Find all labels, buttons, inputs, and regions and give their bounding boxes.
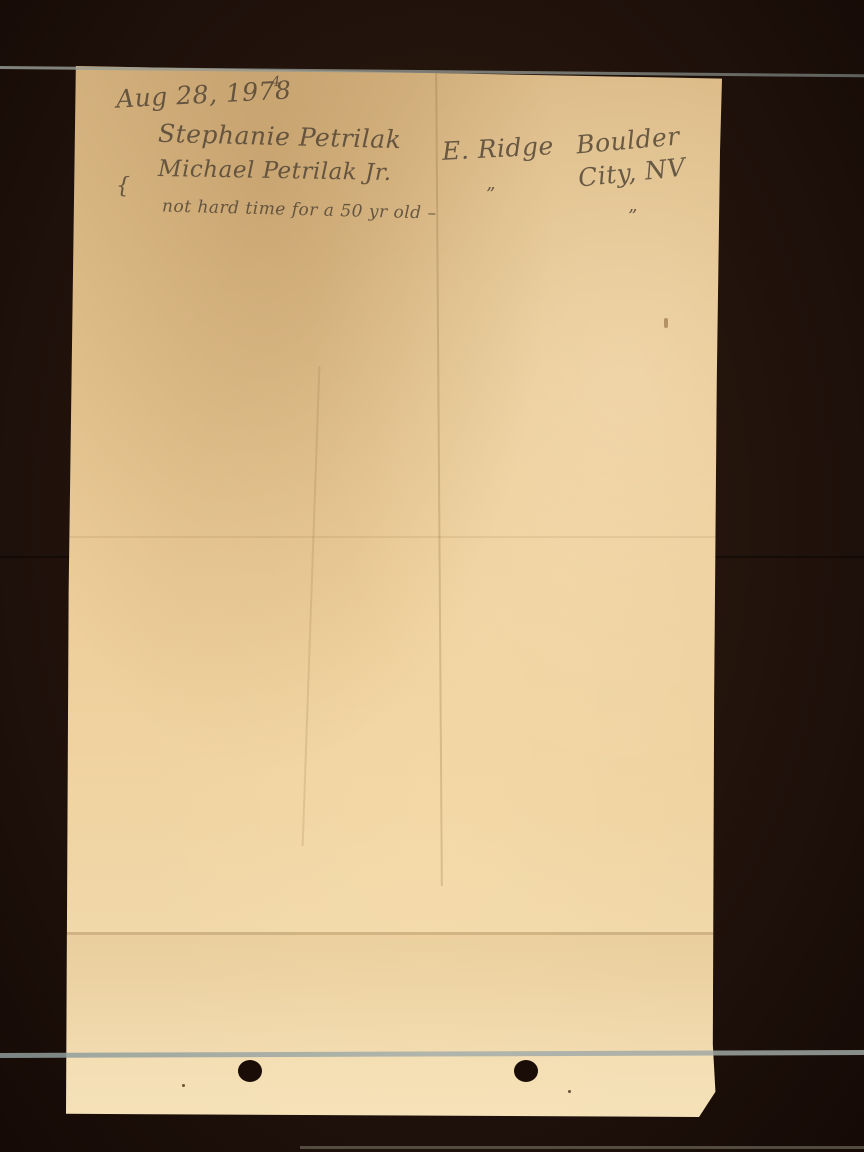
paper-stain: [664, 318, 668, 328]
handwritten-name-1: Stephanie Petrilak: [158, 119, 402, 154]
handwritten-note: not hard time for a 50 yr old –: [162, 196, 437, 223]
date-correction: 4: [271, 74, 281, 90]
vertical-crease: [302, 366, 321, 846]
paper-sheet: Aug 28, 1978 4 Stephanie Petrilak E. Rid…: [66, 66, 722, 1118]
handwritten-street: E. Ridge: [441, 131, 554, 166]
handwritten-bracket: {: [116, 174, 131, 199]
pin-mark: [568, 1090, 571, 1093]
pin-mark: [182, 1084, 185, 1087]
handwritten-date: Aug 28, 1978 4: [115, 75, 292, 113]
horizontal-crease: [66, 536, 722, 538]
handwritten-name-2: Michael Petrilak Jr.: [158, 156, 392, 186]
handwritten-city-line-2: City, NV: [577, 152, 687, 192]
fold-band: [66, 932, 722, 1052]
punch-hole: [238, 1060, 262, 1082]
ditto-mark: ”: [486, 184, 496, 205]
punch-hole: [514, 1060, 538, 1082]
vertical-crease: [435, 66, 443, 886]
ditto-mark: ”: [628, 206, 638, 227]
horizontal-fold: [66, 932, 722, 935]
glass-edge-lower: [300, 1146, 864, 1149]
date-text: Aug 28, 1978: [115, 75, 292, 113]
